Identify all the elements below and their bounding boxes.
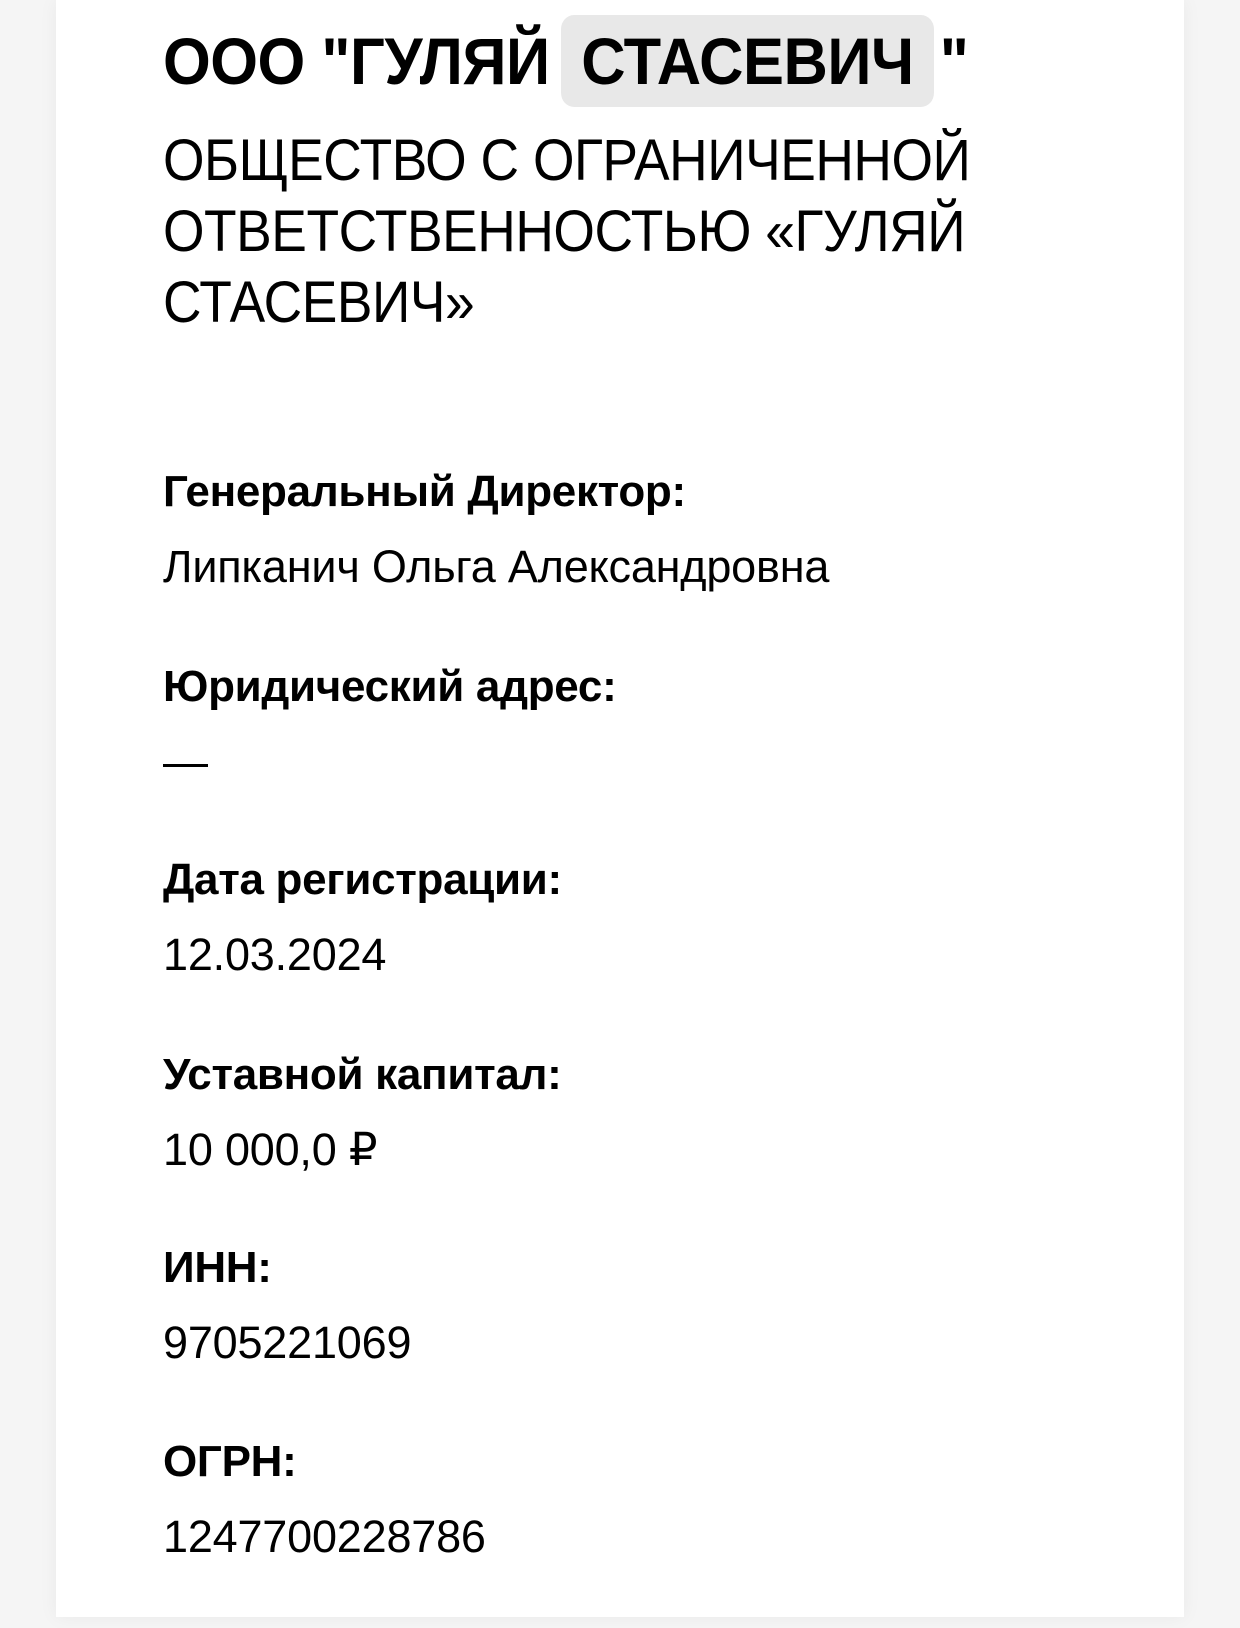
title-prefix: ООО "ГУЛЯЙ bbox=[163, 24, 550, 98]
field-label: ИНН: bbox=[163, 1242, 411, 1294]
field-director: Генеральный Директор: Липканич Ольга Але… bbox=[163, 466, 829, 593]
field-ogrn: ОГРН: 1247700228786 bbox=[163, 1436, 486, 1563]
field-value: 12.03.2024 bbox=[163, 929, 562, 981]
full-name-line: ОБЩЕСТВО С ОГРАНИЧЕННОЙ bbox=[163, 125, 1046, 196]
field-value: Липканич Ольга Александровна bbox=[163, 541, 829, 593]
title-highlight[interactable]: СТАСЕВИЧ bbox=[561, 15, 934, 107]
field-value: 10 000,0 ₽ bbox=[163, 1124, 562, 1176]
field-label: Дата регистрации: bbox=[163, 854, 562, 906]
field-value[interactable]: 9705221069 bbox=[163, 1317, 411, 1369]
field-authorized-capital: Уставной капитал: 10 000,0 ₽ bbox=[163, 1049, 562, 1176]
field-value[interactable]: 1247700228786 bbox=[163, 1511, 486, 1563]
company-full-name: ОБЩЕСТВО С ОГРАНИЧЕННОЙ ОТВЕТСТВЕННОСТЬЮ… bbox=[163, 125, 1046, 338]
title-suffix: " bbox=[940, 24, 969, 98]
field-registration-date: Дата регистрации: 12.03.2024 bbox=[163, 854, 562, 981]
field-inn: ИНН: 9705221069 bbox=[163, 1242, 411, 1369]
field-legal-address: Юридический адрес: — bbox=[163, 661, 616, 788]
full-name-line: ОТВЕТСТВЕННОСТЬЮ «ГУЛЯЙ bbox=[163, 196, 1046, 267]
field-label: Генеральный Директор: bbox=[163, 466, 829, 518]
full-name-line: СТАСЕВИЧ» bbox=[163, 267, 1046, 338]
company-card: ООО "ГУЛЯЙСТАСЕВИЧ" ОБЩЕСТВО С ОГРАНИЧЕН… bbox=[56, 0, 1184, 1617]
field-label: Юридический адрес: bbox=[163, 661, 616, 713]
company-title: ООО "ГУЛЯЙСТАСЕВИЧ" bbox=[163, 14, 968, 108]
field-label: ОГРН: bbox=[163, 1436, 486, 1488]
field-value: — bbox=[163, 736, 616, 788]
field-label: Уставной капитал: bbox=[163, 1049, 562, 1101]
